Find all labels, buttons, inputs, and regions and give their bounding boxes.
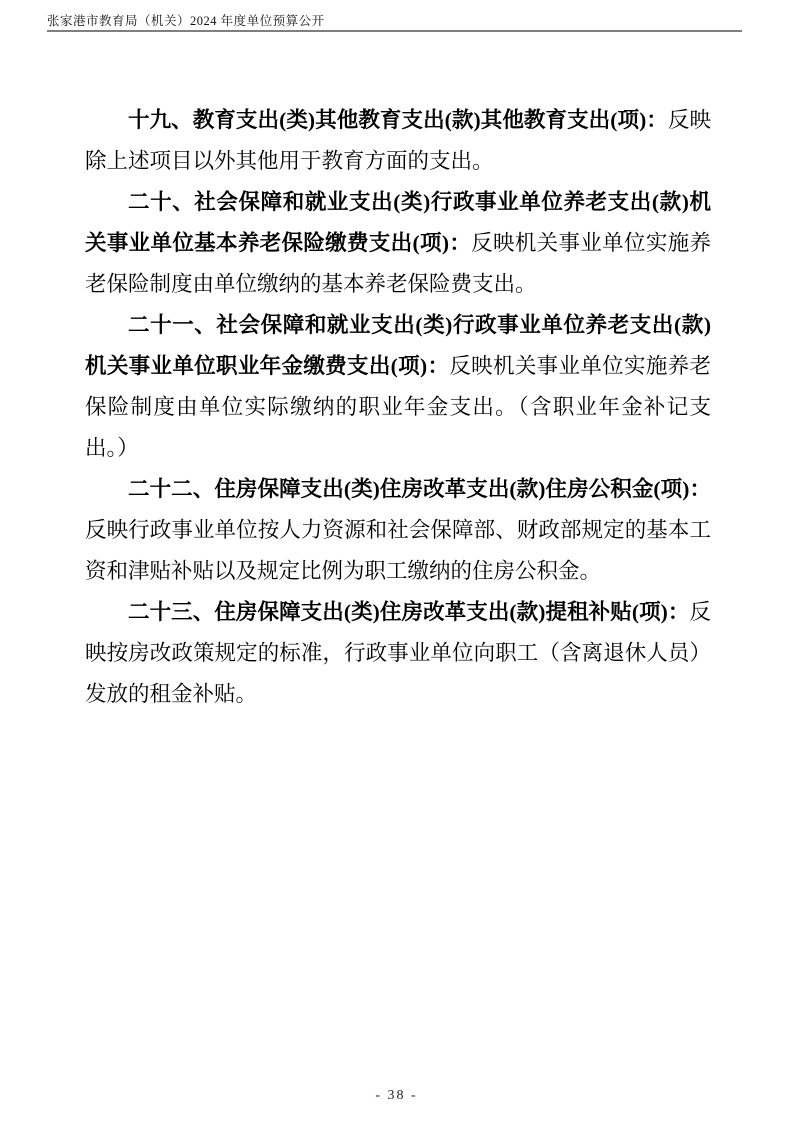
paragraph: 二十二、住房保障支出(类)住房改革支出(款)住房公积金(项)：反映行政事业单位按… [85,469,711,592]
paragraph-heading: 十九、教育支出(类)其他教育支出(款)其他教育支出(项)： [128,108,668,132]
paragraph: 十九、教育支出(类)其他教育支出(款)其他教育支出(项)：反映除上述项目以外其他… [85,100,711,182]
paragraph-heading: 二十二、住房保障支出(类)住房改革支出(款)住房公积金(项)： [128,477,711,501]
page-header: 张家港市教育局（机关）2024 年度单位预算公开 [47,13,742,29]
header-divider [47,30,742,32]
document-page: 张家港市教育局（机关）2024 年度单位预算公开 十九、教育支出(类)其他教育支… [0,0,793,1122]
document-body: 十九、教育支出(类)其他教育支出(款)其他教育支出(项)：反映除上述项目以外其他… [85,100,711,715]
paragraph-heading: 二十三、住房保障支出(类)住房改革支出(款)提租补贴(项)： [128,600,689,624]
paragraph: 二十、社会保障和就业支出(类)行政事业单位养老支出(款)机关事业单位基本养老保险… [85,182,711,305]
paragraph-text: 反映行政事业单位按人力资源和社会保障部、财政部规定的基本工资和津贴补贴以及规定比… [85,518,711,583]
page-number: - 38 - [375,1088,417,1103]
header-title: 张家港市教育局（机关）2024 年度单位预算公开 [47,14,325,28]
page-footer: - 38 - [0,1088,793,1104]
paragraph: 二十三、住房保障支出(类)住房改革支出(款)提租补贴(项)：反映按房改政策规定的… [85,592,711,715]
paragraph: 二十一、社会保障和就业支出(类)行政事业单位养老支出(款)机关事业单位职业年金缴… [85,305,711,469]
